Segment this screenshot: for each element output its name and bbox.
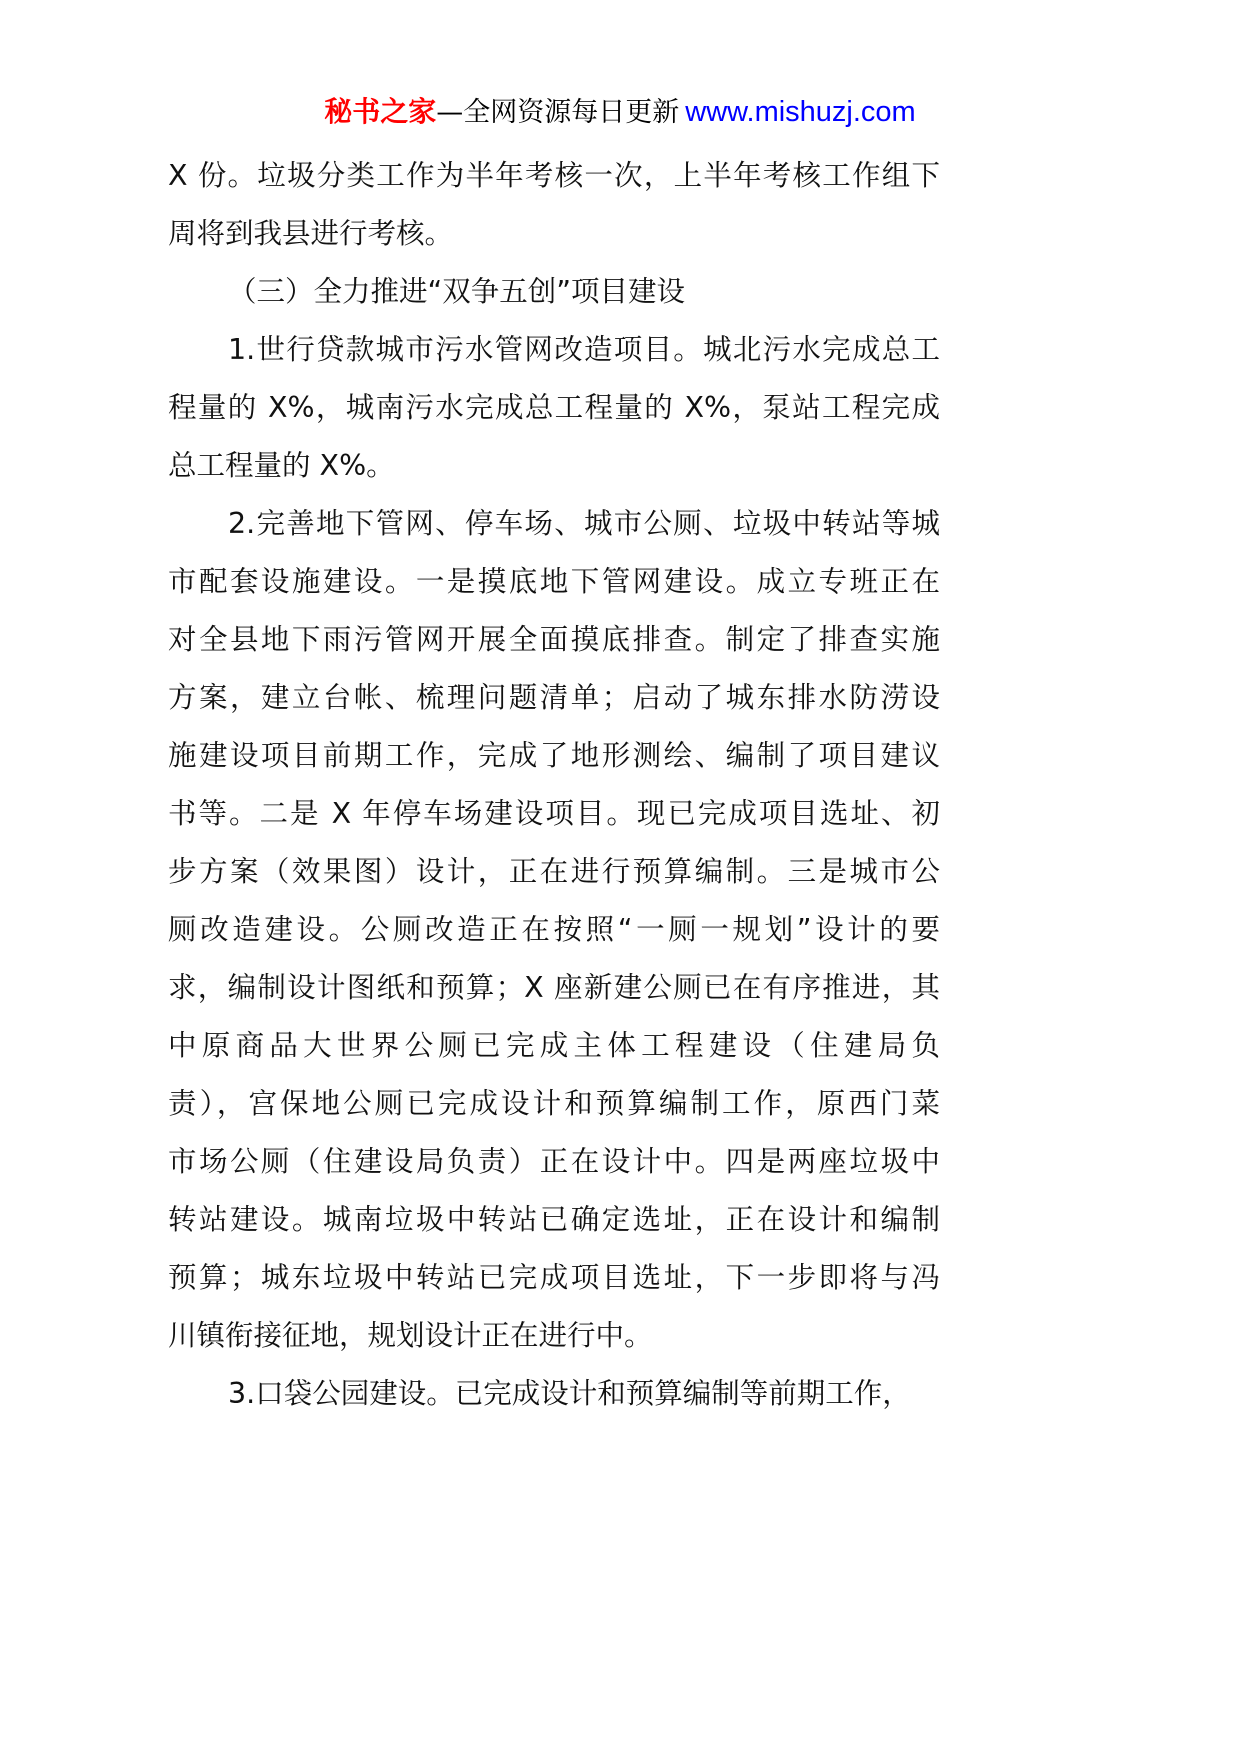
brand-name: 秘书之家 [324, 95, 436, 128]
text-line: 3.口袋公园建设。已完成设计和预算编制等前期工作， [168, 1365, 940, 1423]
paragraph-item-3: 3.口袋公园建设。已完成设计和预算编制等前期工作， [168, 1365, 940, 1423]
text-line: 对全县地下雨污管网开展全面摸底排查。制定了排查实施 [168, 611, 940, 669]
text-line: 市配套设施建设。一是摸底地下管网建设。成立专班正在 [168, 553, 940, 611]
text-line: 川镇衔接征地，规划设计正在进行中。 [168, 1307, 940, 1365]
section-heading-text: （三）全力推进“双争五创”项目建设 [168, 263, 940, 321]
text-line: 市场公厕（住建设局负责）正在设计中。四是两座垃圾中 [168, 1133, 940, 1191]
text-line: 1.世行贷款城市污水管网改造项目。城北污水完成总工 [168, 321, 940, 379]
paragraph-item-1: 1.世行贷款城市污水管网改造项目。城北污水完成总工 程量的 X%，城南污水完成总… [168, 321, 940, 495]
text-line: 总工程量的 X%。 [168, 437, 940, 495]
text-line: 转站建设。城南垃圾中转站已确定选址，正在设计和编制 [168, 1191, 940, 1249]
text-line: 步方案（效果图）设计，正在进行预算编制。三是城市公 [168, 843, 940, 901]
text-line: 书等。二是 X 年停车场建设项目。现已完成项目选址、初 [168, 785, 940, 843]
text-line: 施建设项目前期工作，完成了地形测绘、编制了项目建议 [168, 727, 940, 785]
document-body: X 份。垃圾分类工作为半年考核一次，上半年考核工作组下 周将到我县进行考核。 （… [168, 147, 940, 1423]
text-line: 责），宫保地公厕已完成设计和预算编制工作，原西门菜 [168, 1075, 940, 1133]
text-line: 求，编制设计图纸和预算；X 座新建公厕已在有序推进，其 [168, 959, 940, 1017]
text-line: 周将到我县进行考核。 [168, 205, 940, 263]
text-line: 厕改造建设。公厕改造正在按照“一厕一规划”设计的要 [168, 901, 940, 959]
text-line: X 份。垃圾分类工作为半年考核一次，上半年考核工作组下 [168, 147, 940, 205]
text-line: 中原商品大世界公厕已完成主体工程建设（住建局负 [168, 1017, 940, 1075]
paragraph-continuation: X 份。垃圾分类工作为半年考核一次，上半年考核工作组下 周将到我县进行考核。 [168, 147, 940, 263]
site-header-banner: 秘书之家—全网资源每日更新www.mishuzj.com [0, 92, 1240, 133]
site-url-link[interactable]: www.mishuzj.com [685, 96, 915, 128]
text-line: 预算；城东垃圾中转站已完成项目选址，下一步即将与冯 [168, 1249, 940, 1307]
header-tagline: —全网资源每日更新 [436, 97, 679, 128]
section-heading: （三）全力推进“双争五创”项目建设 [168, 263, 940, 321]
text-line: 2.完善地下管网、停车场、城市公厕、垃圾中转站等城 [168, 495, 940, 553]
text-line: 程量的 X%，城南污水完成总工程量的 X%，泵站工程完成 [168, 379, 940, 437]
paragraph-item-2: 2.完善地下管网、停车场、城市公厕、垃圾中转站等城 市配套设施建设。一是摸底地下… [168, 495, 940, 1365]
text-line: 方案，建立台帐、梳理问题清单；启动了城东排水防涝设 [168, 669, 940, 727]
